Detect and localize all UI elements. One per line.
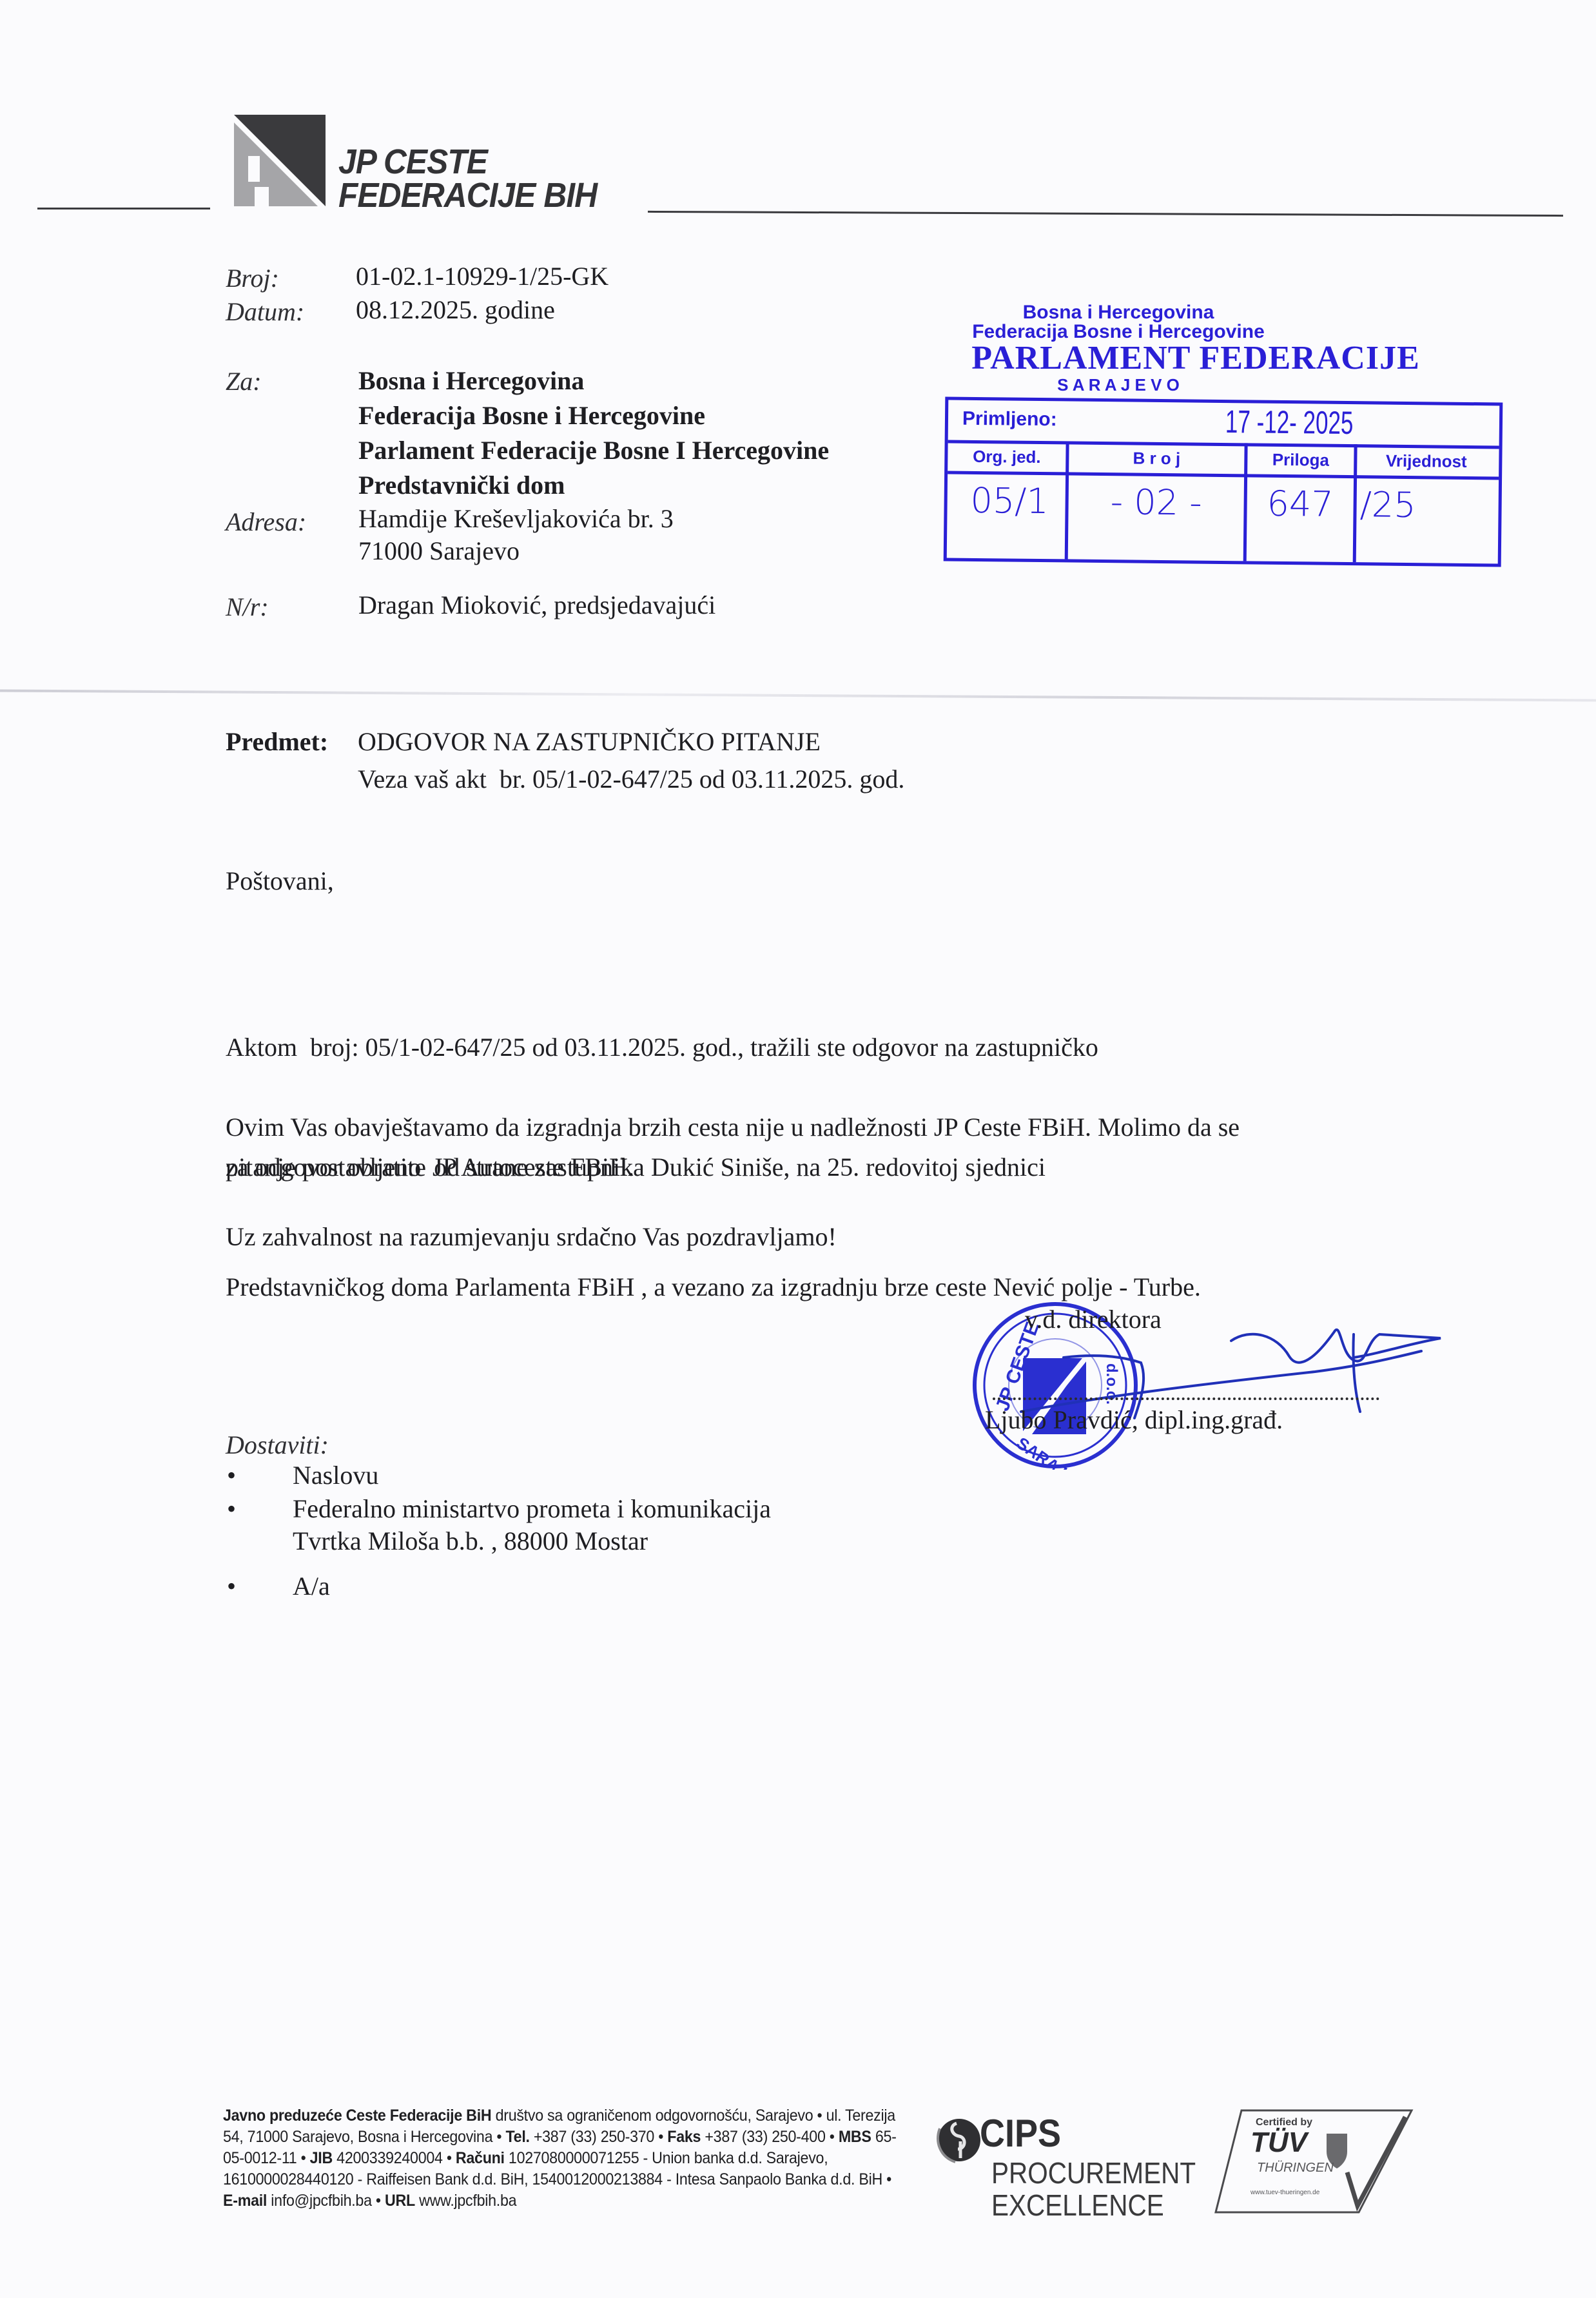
company-name-line1: JP CESTE: [338, 145, 597, 179]
stamp-header-line2: Federacija Bosne i Hercegovine: [944, 322, 1292, 342]
parliament-received-stamp: Bosna i Hercegovina Federacija Bosne i H…: [944, 297, 1505, 574]
footer-mbs-label: MBS: [839, 2128, 871, 2146]
stamp-header-line1: Bosna i Hercegovina: [944, 303, 1292, 322]
footer-tel-value: +387 (33) 250-370 •: [530, 2128, 668, 2146]
footer-fax-value: +387 (33) 250-400 •: [701, 2128, 839, 2146]
stamp-row-divider: [948, 471, 1499, 480]
address-line: Hamdije Kreševljakovića br. 3: [358, 503, 674, 535]
subject-title: ODGOVOR NA ZASTUPNIČKO PITANJE: [358, 726, 821, 758]
cips-globe-icon: [933, 2116, 985, 2165]
stamp-primljeno-date: 17 -12- 2025: [1225, 403, 1354, 442]
paragraph-line: Ovim Vas obavještavamo da izgradnja brzi…: [226, 1107, 1240, 1147]
stamp-header-line3: PARLAMENT FEDERACIJE: [944, 342, 1447, 375]
svg-text:SARAJEVO: SARAJEVO: [1013, 1433, 1100, 1470]
nr-value: Dragan Mioković, predsjedavajući: [358, 589, 715, 621]
footer-email-label: E-mail: [223, 2192, 267, 2210]
broj-value: 01-02.1-10929-1/25-GK: [356, 260, 608, 293]
address-block: Hamdije Kreševljakovića br. 3 71000 Sara…: [358, 503, 674, 567]
datum-value: 08.12.2025. godine: [356, 294, 555, 326]
stamp-primljeno-label: Primljeno:: [962, 408, 1057, 431]
header-rule-right: [648, 211, 1563, 217]
subject-label: Predmet:: [226, 726, 328, 758]
distribution-label: Dostaviti:: [226, 1430, 329, 1460]
body-paragraph-2: Ovim Vas obavještavamo da izgradnja brzi…: [226, 1107, 1240, 1187]
cips-title: CIPS: [980, 2113, 1061, 2154]
road-triangle-logo-icon: [229, 110, 326, 206]
bullet-icon: •: [227, 1570, 236, 1602]
stamp-handwritten-broj: - 02 -: [1068, 481, 1244, 523]
za-label: Za:: [226, 366, 262, 396]
paper-fold-line: [0, 689, 1596, 701]
datum-label: Datum:: [226, 297, 304, 327]
paragraph-line: za odgovor obratite JP Autoceste FBiH.: [226, 1147, 1240, 1187]
cips-line1: PROCUREMENT: [991, 2157, 1196, 2189]
salutation: Poštovani,: [226, 861, 334, 901]
cips-line2: EXCELLENCE: [991, 2189, 1164, 2221]
address-line: 71000 Sarajevo: [358, 535, 674, 567]
distribution-item-text: A/a: [293, 1570, 330, 1602]
distribution-item-text: Federalno ministartvo prometa i komunika…: [293, 1493, 771, 1525]
company-logo-text: JP CESTE FEDERACIJE BIH: [338, 145, 597, 212]
recipient-line: Parlament Federacije Bosne I Hercegovine: [358, 433, 829, 468]
stamp-col-vrijednost: Vrijednost: [1357, 451, 1495, 472]
distribution-item-text: Naslovu: [293, 1459, 378, 1492]
stamp-col-broj: B r o j: [1069, 447, 1244, 469]
stamp-handwritten-priloga: 647: [1247, 483, 1354, 525]
footer-jib-label: JIB: [310, 2149, 333, 2167]
recipient-line: Predstavnički dom: [358, 468, 829, 503]
stamp-header-line4: S A R A J E V O: [944, 376, 1292, 393]
bullet-icon: •: [227, 1493, 236, 1525]
adresa-label: Adresa:: [226, 507, 306, 537]
footer-fax-label: Faks: [667, 2128, 701, 2146]
broj-label: Broj:: [226, 263, 279, 293]
footer-company-info: Javno preduzeće Ceste Federacije BiH dru…: [223, 2105, 900, 2212]
footer-url-value: www.jpcfbih.ba: [415, 2192, 516, 2210]
tuv-name: TÜV: [1251, 2127, 1307, 2158]
stamp-handwritten-vrijednost: /25: [1359, 484, 1437, 525]
distribution-item-subtext: Tvrtka Miloša b.b. , 88000 Mostar: [293, 1525, 648, 1557]
company-name-line2: FEDERACIJE BIH: [338, 179, 597, 212]
footer-tel-label: Tel.: [505, 2128, 529, 2146]
footer-url-label: URL: [385, 2192, 415, 2210]
paragraph-line: Aktom broj: 05/1-02-647/25 od 03.11.2025…: [226, 1027, 1201, 1067]
stamp-col-priloga: Priloga: [1247, 449, 1354, 471]
nr-label: N/r:: [226, 592, 269, 622]
bullet-icon: •: [227, 1459, 236, 1492]
footer-accounts-label: Računi: [456, 2149, 505, 2167]
stamp-handwritten-org: 05/1: [956, 480, 1063, 522]
recipient-block: Bosna i Hercegovina Federacija Bosne i H…: [358, 364, 829, 503]
subject-reference: Veza vaš akt br. 05/1-02-647/25 od 03.11…: [358, 763, 904, 795]
stamp-table: Primljeno: 17 -12- 2025 Org. jed. B r o …: [944, 396, 1503, 567]
signatory-name: Ljubo Pravdić, dipl.ing.građ.: [985, 1404, 1283, 1436]
recipient-line: Federacija Bosne i Hercegovine: [358, 398, 829, 433]
header-rule-left: [37, 208, 210, 209]
tuv-region: THÜRINGEN: [1257, 2161, 1334, 2176]
recipient-line: Bosna i Hercegovina: [358, 364, 829, 398]
footer-jib-value: 4200339240004 •: [333, 2149, 456, 2167]
tuv-url: www.tuev-thueringen.de: [1251, 2189, 1319, 2196]
footer-company-name: Javno preduzeće Ceste Federacije BiH: [223, 2107, 491, 2125]
signature-dotted-line: [993, 1397, 1379, 1400]
closing-line: Uz zahvalnost na razumjevanju srdačno Va…: [226, 1217, 837, 1257]
stamp-col-org-jed: Org. jed.: [948, 447, 1066, 468]
footer-email-value: info@jpcfbih.ba •: [267, 2192, 385, 2210]
